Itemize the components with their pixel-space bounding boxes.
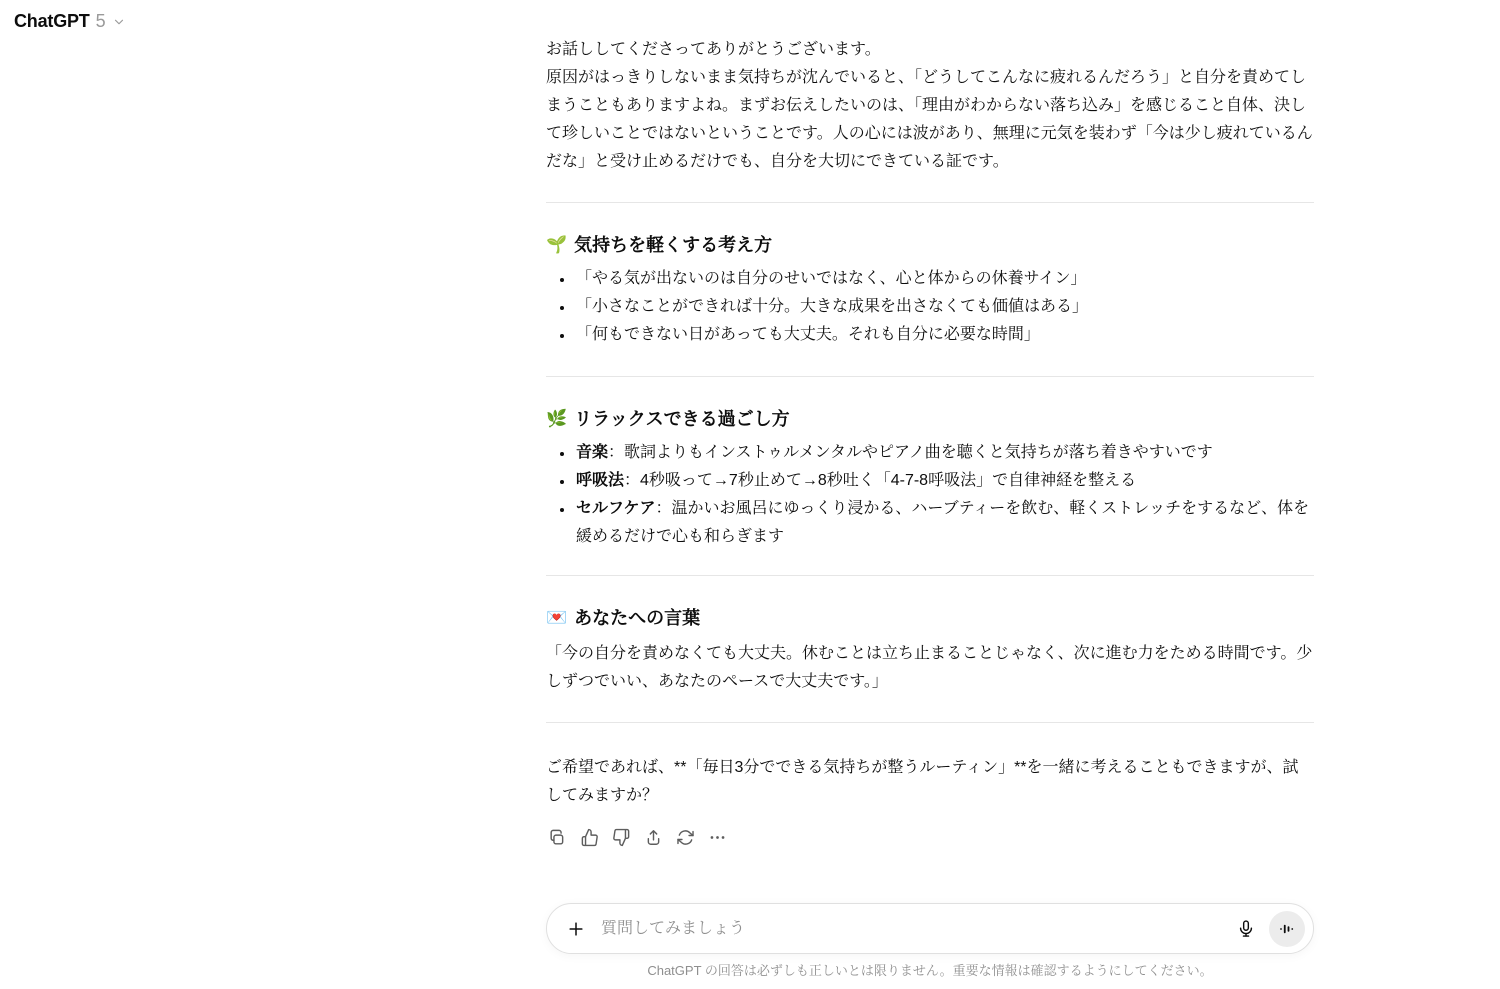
thumbs-up-icon xyxy=(580,828,599,847)
quote-paragraph: 「今の自分を責めなくても大丈夫。休むことは立ち止まることじゃなく、次に進む力をた… xyxy=(546,640,1314,696)
list-item: 「何もできない日があっても大丈夫。それも自分に必要な時間」 xyxy=(574,321,1314,349)
intro-line-1: お話ししてくださってありがとうございます。 xyxy=(546,41,881,58)
item-text: ：4秒吸って→7秒止めて→8秒吐く「4-7-8呼吸法」で自律神経を整える xyxy=(624,472,1136,489)
share-icon xyxy=(644,828,663,847)
divider xyxy=(546,575,1314,576)
herb-emoji-icon: 🌿 xyxy=(546,405,567,433)
item-label: 呼吸法 xyxy=(576,472,624,489)
regenerate-icon xyxy=(676,828,695,847)
list-item: 呼吸法：4秒吸って→7秒止めて→8秒吐く「4-7-8呼吸法」で自律神経を整える xyxy=(574,467,1314,495)
intro-line-2: 原因がはっきりしないまま気持ちが沈んでいると、「どうしてこんなに疲れるんだろう」… xyxy=(546,69,1313,170)
seedling-emoji-icon: 🌱 xyxy=(546,231,567,259)
divider xyxy=(546,376,1314,377)
item-label: 音楽 xyxy=(576,444,608,461)
item-text: ：歌詞よりもインストゥルメンタルやピアノ曲を聴くと気持ちが落ち着きやすいです xyxy=(608,444,1213,461)
section-title-text: 気持ちを軽くする考え方 xyxy=(574,231,772,259)
list-item: セルフケア：温かいお風呂にゆっくり浸かる、ハーブティーを飲む、軽くストレッチをす… xyxy=(574,495,1314,551)
list-item: 「小さなことができれば十分。大きな成果を出さなくても価値はある」 xyxy=(574,293,1314,321)
composer xyxy=(546,903,1314,954)
list-item: 「やる気が出ないのは自分のせいではなく、心と体からの休養サイン」 xyxy=(574,265,1314,293)
relax-list: 音楽：歌詞よりもインストゥルメンタルやピアノ曲を聴くと気持ちが落ち着きやすいです… xyxy=(546,439,1314,551)
intro-paragraph: お話ししてくださってありがとうございます。原因がはっきりしないまま気持ちが沈んで… xyxy=(546,36,1314,176)
dictate-button[interactable] xyxy=(1229,912,1263,946)
love-letter-emoji-icon: 💌 xyxy=(546,604,567,632)
mindset-list: 「やる気が出ないのは自分のせいではなく、心と体からの休養サイン」 「小さなことが… xyxy=(546,265,1314,349)
microphone-icon xyxy=(1236,919,1256,939)
divider xyxy=(546,722,1314,723)
brand-title: ChatGPT xyxy=(14,11,90,32)
model-version: 5 xyxy=(96,11,106,32)
closing-paragraph: ご希望であれば、**「毎日3分でできる気持ちが整うルーティン」**を一緒に考える… xyxy=(546,754,1314,810)
section-title-message-for-you: 💌 あなたへの言葉 xyxy=(546,604,1314,632)
plus-icon xyxy=(566,919,586,939)
thumbs-up-button[interactable] xyxy=(578,824,600,850)
model-switcher[interactable]: ChatGPT 5 xyxy=(14,11,126,32)
section-title-text: あなたへの言葉 xyxy=(574,604,700,632)
copy-icon xyxy=(548,828,567,847)
section-title-mindset: 🌱 気持ちを軽くする考え方 xyxy=(546,231,1314,259)
thumbs-down-button[interactable] xyxy=(610,824,632,850)
thumbs-down-icon xyxy=(612,828,631,847)
item-label: セルフケア xyxy=(576,500,656,517)
ellipsis-icon xyxy=(708,828,727,847)
disclaimer-text: ChatGPT の回答は必ずしも正しいとは限りません。重要な情報は確認するように… xyxy=(546,963,1314,979)
list-item: 音楽：歌詞よりもインストゥルメンタルやピアノ曲を聴くと気持ちが落ち着きやすいです xyxy=(574,439,1314,467)
divider xyxy=(546,202,1314,203)
attach-button[interactable] xyxy=(559,912,593,946)
message-action-bar xyxy=(546,823,1314,851)
message-input[interactable] xyxy=(601,920,1229,938)
item-text: ：温かいお風呂にゆっくり浸かる、ハーブティーを飲む、軽くストレッチをするなど、体… xyxy=(576,500,1309,545)
chevron-down-icon xyxy=(112,15,126,29)
assistant-message: お話ししてくださってありがとうございます。原因がはっきりしないまま気持ちが沈んで… xyxy=(546,0,1314,851)
section-title-relax: 🌿 リラックスできる過ごし方 xyxy=(546,405,1314,433)
voice-waveform-icon xyxy=(1278,920,1296,938)
section-title-text: リラックスできる過ごし方 xyxy=(574,405,789,433)
copy-button[interactable] xyxy=(546,824,568,850)
regenerate-button[interactable] xyxy=(674,824,696,850)
voice-mode-button[interactable] xyxy=(1269,911,1305,947)
more-options-button[interactable] xyxy=(706,824,728,850)
share-button[interactable] xyxy=(642,824,664,850)
